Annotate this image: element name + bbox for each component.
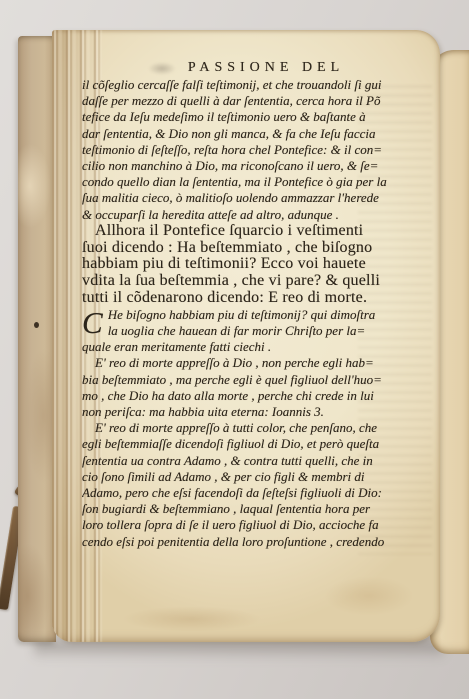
text-line: condo quello dian la ſententia, ma il Po… [82, 174, 416, 190]
text-line: egli beſtemmiaſſe dicendoſi figliuol di … [82, 436, 416, 452]
book: PASSIONE DEL il cõſeglio cercaſſe falſi … [16, 28, 469, 650]
text-line: il cõſeglio cercaſſe falſi teſtimonij, e… [82, 77, 416, 93]
text-line: Adamo, pero che eſsi facendoſi da ſeſteſ… [82, 485, 416, 501]
worm-hole [34, 322, 39, 328]
text-line: cendo eſsi poi penitentia della loro pro… [82, 534, 416, 550]
text-line: mo , che Dio ha dato alla morte , perche… [82, 388, 416, 404]
text-line: ſon bugiardi & beſtemmiano , laqual ſent… [82, 501, 416, 517]
text-line: E' reo di morte appreſſo à tutti color, … [82, 420, 416, 436]
paragraph: Allhora il Pontefice ſquarcio i veſtimen… [82, 223, 416, 307]
book-page: PASSIONE DEL il cõſeglio cercaſſe falſi … [52, 30, 440, 642]
text-line: non periſca: ma habbia uita eterna: Ioan… [82, 404, 416, 420]
text-line: He biſogno habbiam piu di teſtimonij? qu… [108, 307, 416, 323]
text-line: teſtimonio di ſeſteſſo, reſta hora chel … [82, 142, 416, 158]
text-line: E' reo di morte appreſſo à Dio , non per… [82, 355, 416, 371]
paragraphs: il cõſeglio cercaſſe falſi teſtimonij, e… [82, 77, 416, 550]
text-line: daſſe per mezzo di quelli à dar ſententi… [82, 93, 416, 109]
text-line: tutti il cõdenarono dicendo: E reo di mo… [82, 290, 416, 307]
paragraph: il cõſeglio cercaſſe falſi teſtimonij, e… [82, 77, 416, 223]
parchment-cover-spine [18, 36, 56, 642]
paragraph: CHe biſogno habbiam piu di teſtimonij? q… [82, 307, 416, 356]
text-line: vdita la ſua beſtemmia , che vi pare? & … [82, 273, 416, 290]
page-stain [324, 576, 414, 616]
text-line: la uoglia che hauean di far morir Chriſt… [108, 323, 416, 339]
text-line: tefice da Ieſu medeſimo il teſtimonio ue… [82, 109, 416, 125]
text-block: PASSIONE DEL il cõſeglio cercaſſe falſi … [82, 60, 416, 550]
text-line: loro tollera ſopra di ſe il uero figliuo… [82, 517, 416, 533]
paragraph: E' reo di morte appreſſo à Dio , non per… [82, 355, 416, 420]
text-line: Allhora il Pontefice ſquarcio i veſtimen… [82, 223, 416, 240]
book-photograph: PASSIONE DEL il cõſeglio cercaſſe falſi … [0, 0, 469, 699]
drop-cap: C [82, 308, 103, 339]
text-line: ſua malitia cieco, ò malitioſo uolendo a… [82, 190, 416, 206]
text-line: bia beſtemmiato , ma perche egli è quel … [82, 372, 416, 388]
text-line: & occuparſi la heredita atteſe ad altro,… [82, 207, 416, 223]
text-line: cio ſono ſimili ad Adamo , & per cio fig… [82, 469, 416, 485]
text-line: ſuoi dicendo : Ha beſtemmiato , che biſo… [82, 240, 416, 257]
text-line: dar ſententia, & Dio non gli manca, & fa… [82, 126, 416, 142]
paragraph: E' reo di morte appreſſo à tutti color, … [82, 420, 416, 550]
page-stain [122, 606, 262, 632]
text-line: cilio non manchino à Dio, ma riconoſcano… [82, 158, 416, 174]
text-line: habbiam piu di teſtimonii? Ecco voi haue… [82, 256, 416, 273]
running-header: PASSIONE DEL [82, 60, 416, 76]
text-line: quale eran meritamente fatti ciechi . [82, 339, 416, 355]
text-line: ſententia ua contra Adamo , & contra tut… [82, 453, 416, 469]
